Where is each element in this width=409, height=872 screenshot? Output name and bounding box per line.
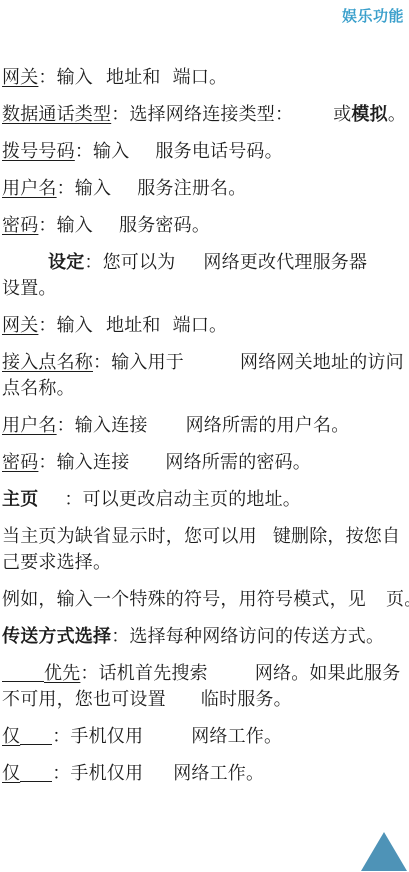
page-header: 娱乐功能 <box>0 0 409 26</box>
blank-underline <box>2 665 44 682</box>
term-label: 接入点名称 <box>2 352 93 372</box>
text-line: 仅：手机仅用网络工作。 <box>2 723 409 749</box>
text-segment: 键删除，按您自 <box>273 526 400 546</box>
paragraph-only-mode-1: 仅：手机仅用网络工作。 <box>2 723 409 749</box>
term-label: 数据通话类型 <box>2 104 111 124</box>
blank-underline <box>20 765 52 782</box>
text-segment: 模拟 <box>351 104 387 124</box>
blank-underline <box>20 728 52 745</box>
text-segment: 。 <box>388 104 406 124</box>
paragraph-gateway-2: 网关：输入地址和端口。 <box>2 312 409 338</box>
paragraph-bearer-select: 传送方式选择：选择每种网络访问的传送方式。 <box>2 623 409 649</box>
text-segment: 设置。 <box>2 278 57 298</box>
text-segment: ：输入 <box>75 141 130 161</box>
text-segment: 网络所需的用户名。 <box>186 415 350 435</box>
text-line: 点名称。 <box>2 375 409 401</box>
text-segment: 设定 <box>48 252 84 272</box>
paragraph-homepage-note: 当主页为缺省显示时，您可以用键删除，按您自己要求选择。 <box>2 523 409 575</box>
term-label: 优先 <box>44 663 80 683</box>
text-segment: 服务密码。 <box>119 215 210 235</box>
text-line: 用户名：输入连接网络所需的用户名。 <box>2 412 409 438</box>
text-segment: ：输入 <box>38 315 93 335</box>
text-segment: ：输入连接 <box>57 415 148 435</box>
text-line: 接入点名称：输入用于网络网关地址的访问 <box>2 349 409 375</box>
text-line: 传送方式选择：选择每种网络访问的传送方式。 <box>2 623 409 649</box>
text-segment: 传送方式选择 <box>2 626 111 646</box>
term-label: 网关 <box>2 315 38 335</box>
text-line: 用户名：输入服务注册名。 <box>2 175 409 201</box>
text-segment: ：输入 <box>57 178 112 198</box>
content-area: 网关：输入地址和端口。数据通话类型：选择网络连接类型：或模拟。拨号号码：输入服务… <box>0 64 409 786</box>
text-line: 己要求选择。 <box>2 549 409 575</box>
page-title: 娱乐功能 <box>342 8 404 25</box>
text-line: 设定：您可以为网络更改代理服务器 <box>2 249 409 275</box>
term-label: 用户名 <box>2 178 57 198</box>
text-segment: 或 <box>333 104 351 124</box>
text-segment: 端口。 <box>173 67 228 87</box>
text-segment: 网络工作。 <box>191 726 282 746</box>
paragraph-username-1: 用户名：输入服务注册名。 <box>2 175 409 201</box>
text-segment: 地址和 <box>106 67 161 87</box>
text-line: 设置。 <box>2 275 409 301</box>
corner-triangle-icon <box>361 832 407 871</box>
paragraph-preferred-mode: 优先：话机首先搜索网络。如果此服务不可用，您也可设置临时服务。 <box>2 660 409 712</box>
paragraph-gateway-1: 网关：输入地址和端口。 <box>2 64 409 90</box>
text-segment: ：可以更改启动主页的地址。 <box>64 489 301 509</box>
term-label: 仅 <box>2 763 20 783</box>
text-segment: ：输入连接 <box>38 452 129 472</box>
text-segment: 例如，输入一个特殊的符号，用符号模式，见 <box>2 589 366 609</box>
text-segment: 点名称。 <box>2 378 75 398</box>
text-segment: 临时服务。 <box>201 689 292 709</box>
text-segment: 网络工作。 <box>173 763 264 783</box>
paragraph-homepage: 主页：可以更改启动主页的地址。 <box>2 486 409 512</box>
text-line: 密码：输入服务密码。 <box>2 212 409 238</box>
text-line: 数据通话类型：选择网络连接类型：或模拟。 <box>2 101 409 127</box>
text-segment: 当主页为缺省显示时，您可以用 <box>2 526 257 546</box>
text-line: 网关：输入地址和端口。 <box>2 64 409 90</box>
text-line: 当主页为缺省显示时，您可以用键删除，按您自 <box>2 523 409 549</box>
term-label: 拨号号码 <box>2 141 75 161</box>
text-segment: ：您可以为 <box>84 252 175 272</box>
paragraph-proxy-settings: 设定：您可以为网络更改代理服务器设置。 <box>2 249 409 301</box>
text-line: 优先：话机首先搜索网络。如果此服务 <box>2 660 409 686</box>
text-segment: ：输入 <box>38 215 93 235</box>
text-line: 主页：可以更改启动主页的地址。 <box>2 486 409 512</box>
paragraph-password-1: 密码：输入服务密码。 <box>2 212 409 238</box>
term-label: 密码 <box>2 452 38 472</box>
paragraph-dial-number: 拨号号码：输入服务电话号码。 <box>2 138 409 164</box>
text-segment: ：手机仅用 <box>52 763 143 783</box>
text-segment: 地址和 <box>106 315 161 335</box>
paragraph-password-2: 密码：输入连接网络所需的密码。 <box>2 449 409 475</box>
term-label: 密码 <box>2 215 38 235</box>
text-line: 例如，输入一个特殊的符号，用符号模式，见页。 <box>2 586 409 612</box>
text-segment: 主页 <box>2 489 38 509</box>
term-label: 仅 <box>2 726 20 746</box>
text-line: 不可用，您也可设置临时服务。 <box>2 686 409 712</box>
text-segment: ：选择网络连接类型： <box>111 104 293 124</box>
text-segment: 服务电话号码。 <box>155 141 282 161</box>
text-segment: 网络所需的密码。 <box>165 452 311 472</box>
manual-page: 娱乐功能 网关：输入地址和端口。数据通话类型：选择网络连接类型：或模拟。拨号号码… <box>0 0 409 872</box>
paragraph-data-call-type: 数据通话类型：选择网络连接类型：或模拟。 <box>2 101 409 127</box>
text-segment: 网络。如果此服务 <box>255 663 401 683</box>
text-segment: ：选择每种网络访问的传送方式。 <box>111 626 384 646</box>
text-segment: 网络网关地址的访问 <box>240 352 404 372</box>
text-line: 密码：输入连接网络所需的密码。 <box>2 449 409 475</box>
text-segment: ：话机首先搜索 <box>80 663 207 683</box>
text-line: 仅：手机仅用网络工作。 <box>2 760 409 786</box>
paragraph-username-2: 用户名：输入连接网络所需的用户名。 <box>2 412 409 438</box>
text-segment: 己要求选择。 <box>2 552 111 572</box>
text-segment: ：手机仅用 <box>52 726 143 746</box>
text-line: 网关：输入地址和端口。 <box>2 312 409 338</box>
text-segment: 不可用，您也可设置 <box>2 689 166 709</box>
text-segment: 网络更改代理服务器 <box>203 252 367 272</box>
text-segment: ：输入用于 <box>93 352 184 372</box>
text-segment: 端口。 <box>173 315 228 335</box>
text-segment: 页。 <box>386 589 409 609</box>
paragraph-access-point-name: 接入点名称：输入用于网络网关地址的访问点名称。 <box>2 349 409 401</box>
text-segment: ：输入 <box>38 67 93 87</box>
paragraph-symbol-note: 例如，输入一个特殊的符号，用符号模式，见页。 <box>2 586 409 612</box>
term-label: 用户名 <box>2 415 57 435</box>
term-label: 网关 <box>2 67 38 87</box>
paragraph-only-mode-2: 仅：手机仅用网络工作。 <box>2 760 409 786</box>
text-segment: 服务注册名。 <box>137 178 246 198</box>
text-line: 拨号号码：输入服务电话号码。 <box>2 138 409 164</box>
